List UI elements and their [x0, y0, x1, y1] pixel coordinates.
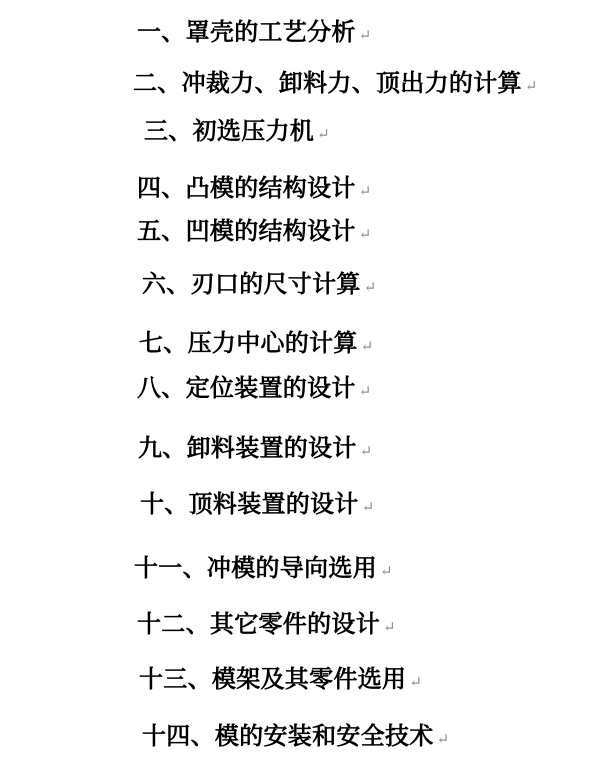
toc-line-text: 二、冲裁力、卸料力、顶出力的计算: [133, 71, 522, 97]
paragraph-mark-icon: ↵: [383, 620, 396, 636]
toc-line-4: 四、凸模的结构设计↵: [137, 175, 371, 206]
toc-line-10: 十、顶料装置的设计↵: [140, 491, 374, 522]
toc-line-text: 六、刃口的尺寸计算: [142, 272, 361, 298]
toc-line-11: 十一、冲模的导向选用↵: [134, 555, 393, 586]
toc-line-13: 十三、模架及其零件选用↵: [139, 666, 422, 697]
toc-line-5: 五、凹模的结构设计↵: [137, 218, 371, 249]
toc-line-1: 一、罩壳的工艺分析↵: [137, 19, 371, 50]
paragraph-mark-icon: ↵: [380, 564, 393, 580]
toc-line-9: 九、卸料装置的设计↵: [138, 435, 372, 466]
toc-line-text: 十四、模的安装和安全技术: [142, 724, 434, 750]
toc-line-text: 三、初选压力机: [144, 119, 314, 145]
paragraph-mark-icon: ↵: [362, 500, 375, 516]
toc-line-text: 八、定位装置的设计: [137, 376, 356, 402]
toc-line-text: 五、凹模的结构设计: [137, 219, 356, 245]
toc-line-text: 十、顶料装置的设计: [140, 492, 359, 518]
paragraph-mark-icon: ↵: [360, 444, 373, 460]
toc-line-12: 十二、其它零件的设计↵: [137, 611, 396, 642]
document-page: 一、罩壳的工艺分析↵ 二、冲裁力、卸料力、顶出力的计算↵ 三、初选压力机↵ 四、…: [0, 0, 600, 765]
toc-line-text: 七、压力中心的计算: [139, 331, 358, 357]
paragraph-mark-icon: ↵: [359, 227, 372, 243]
toc-line-8: 八、定位装置的设计↵: [137, 375, 371, 406]
toc-line-text: 九、卸料装置的设计: [138, 436, 357, 462]
paragraph-mark-icon: ↵: [359, 184, 372, 200]
toc-line-3: 三、初选压力机↵: [144, 118, 330, 149]
toc-line-14: 十四、模的安装和安全技术↵: [142, 723, 449, 754]
toc-line-2: 二、冲裁力、卸料力、顶出力的计算↵: [133, 70, 537, 101]
toc-line-6: 六、刃口的尺寸计算↵: [142, 271, 376, 302]
paragraph-mark-icon: ↵: [364, 280, 377, 296]
toc-line-text: 一、罩壳的工艺分析: [137, 20, 356, 46]
toc-line-text: 四、凸模的结构设计: [137, 176, 356, 202]
toc-line-text: 十二、其它零件的设计: [137, 612, 380, 638]
paragraph-mark-icon: ↵: [437, 732, 450, 748]
toc-line-7: 七、压力中心的计算↵: [139, 330, 373, 361]
paragraph-mark-icon: ↵: [525, 79, 538, 95]
paragraph-mark-icon: ↵: [317, 127, 330, 143]
paragraph-mark-icon: ↵: [359, 28, 372, 44]
paragraph-mark-icon: ↵: [409, 675, 422, 691]
toc-line-text: 十三、模架及其零件选用: [139, 667, 406, 693]
paragraph-mark-icon: ↵: [361, 339, 374, 355]
toc-line-text: 十一、冲模的导向选用: [134, 556, 377, 582]
paragraph-mark-icon: ↵: [359, 384, 372, 400]
